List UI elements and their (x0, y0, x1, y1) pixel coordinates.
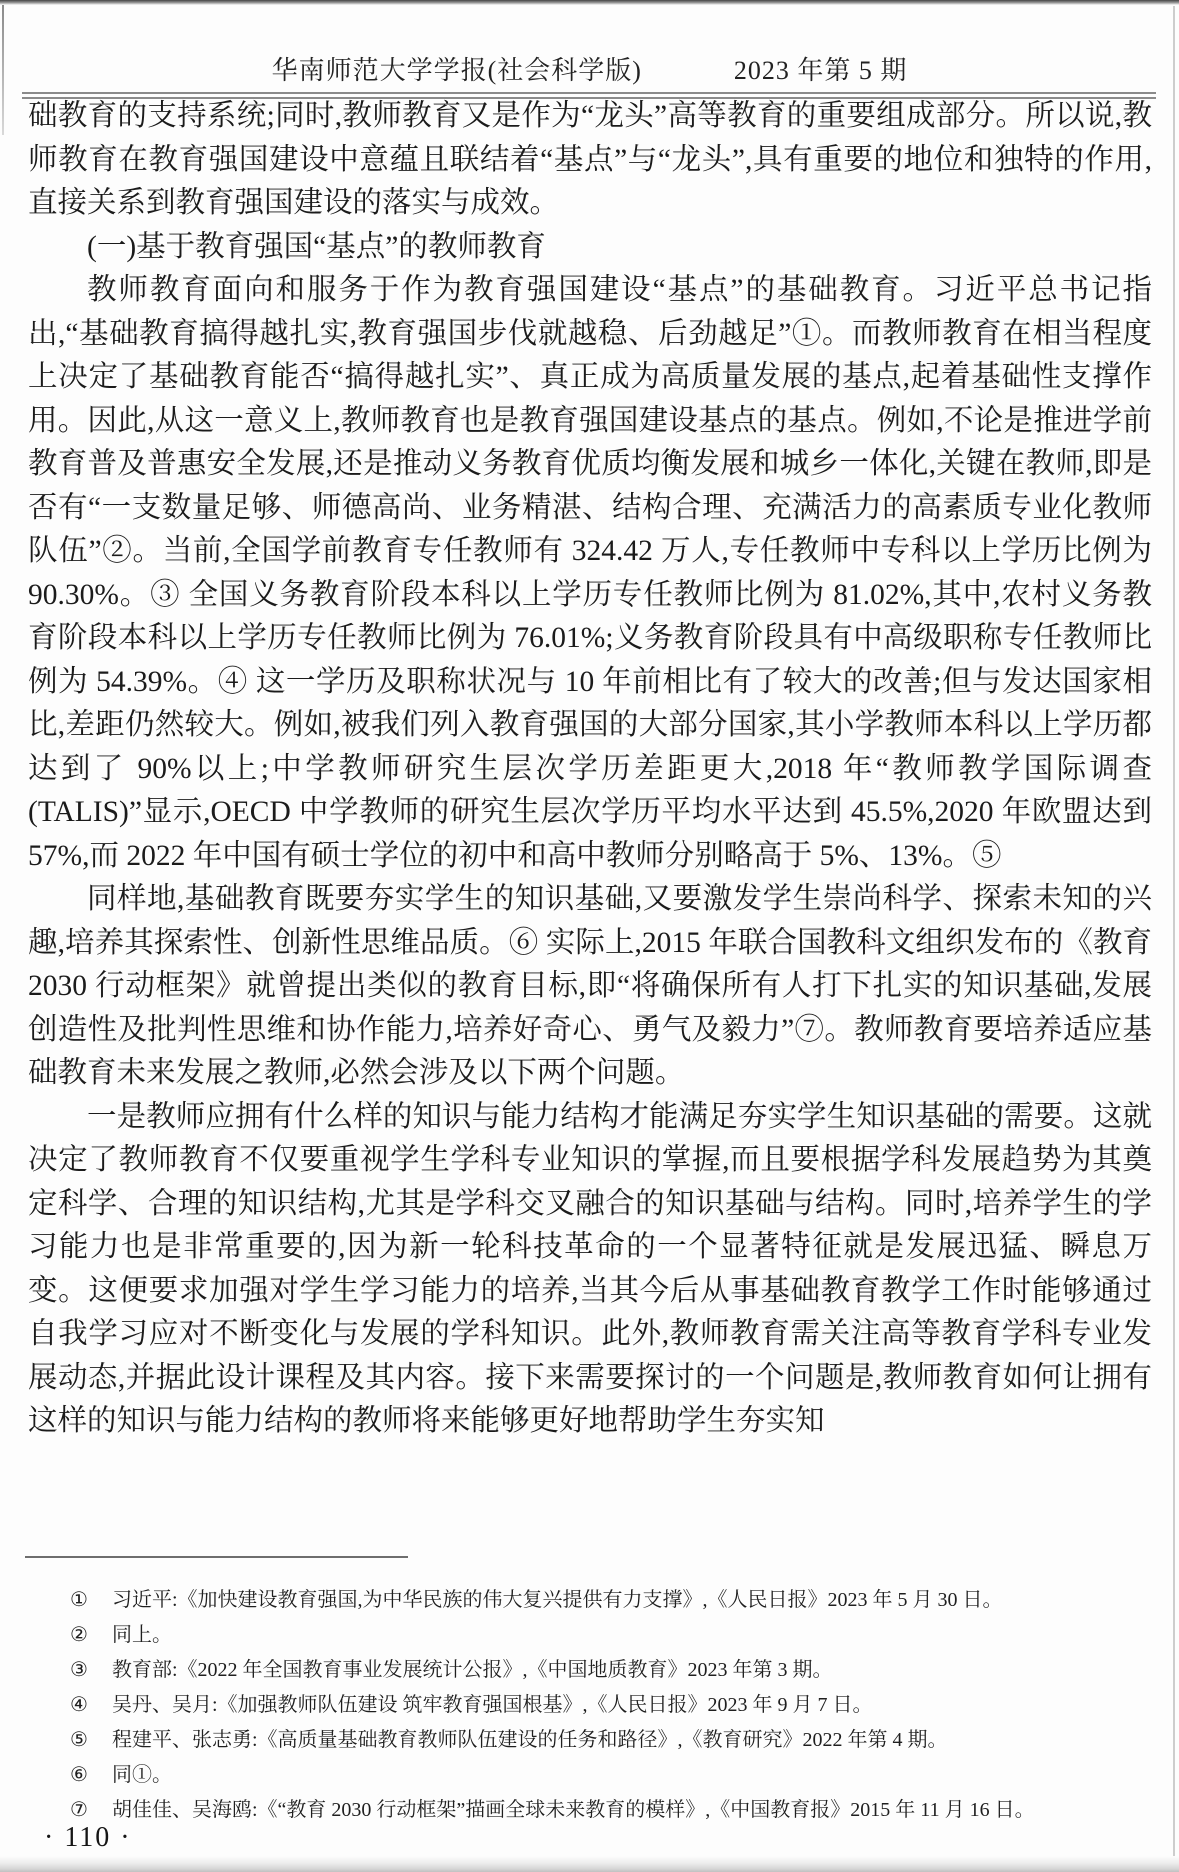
footnote-text: 教育部:《2022 年全国教育事业发展统计公报》,《中国地质教育》2023 年第… (112, 1653, 833, 1688)
footnote-marker: ⑥ (70, 1758, 112, 1793)
scan-top-edge (0, 0, 1179, 5)
issue-label: 2023 年第 5 期 (734, 50, 908, 87)
footnote-item: ④吴丹、吴月:《加强教师队伍建设 筑牢教育强国根基》,《人民日报》2023 年 … (28, 1688, 1168, 1723)
footnote-item: ③教育部:《2022 年全国教育事业发展统计公报》,《中国地质教育》2023 年… (28, 1653, 1168, 1688)
body-text: 础教育的支持系统;同时,教师教育又是作为“龙头”高等教育的重要组成部分。所以说,… (28, 95, 1152, 1444)
footnote-separator (25, 1556, 408, 1558)
footnote-text: 程建平、张志勇:《高质量基础教育教师队伍建设的任务和路径》,《教育研究》2022… (112, 1723, 948, 1758)
footnote-text: 同上。 (112, 1618, 172, 1653)
footnote-text: 胡佳佳、吴海鸥:《“教育 2030 行动框架”描画全球未来教育的模样》,《中国教… (112, 1793, 1035, 1828)
footnote-item: ⑦胡佳佳、吴海鸥:《“教育 2030 行动框架”描画全球未来教育的模样》,《中国… (28, 1793, 1168, 1828)
journal-page: 华南师范大学学报(社会科学版) 2023 年第 5 期 础教育的支持系统;同时,… (0, 0, 1179, 1872)
body-paragraph: 础教育的支持系统;同时,教师教育又是作为“龙头”高等教育的重要组成部分。所以说,… (28, 95, 1152, 226)
page-number: · 110 · (44, 1822, 132, 1854)
footnote-item: ①习近平:《加快建设教育强国,为中华民族的伟大复兴提供有力支撑》,《人民日报》2… (28, 1583, 1168, 1618)
scan-right-edge (1173, 6, 1175, 1856)
footnote-text: 习近平:《加快建设教育强国,为中华民族的伟大复兴提供有力支撑》,《人民日报》20… (112, 1583, 1003, 1618)
body-paragraph: 教师教育面向和服务于作为教育强国建设“基点”的基础教育。习近平总书记指出,“基础… (28, 269, 1152, 878)
body-paragraph: 一是教师应拥有什么样的知识与能力结构才能满足夯实学生知识基础的需要。这就决定了教… (28, 1096, 1152, 1444)
footnote-marker: ① (70, 1583, 112, 1618)
body-paragraph: 同样地,基础教育既要夯实学生的知识基础,又要激发学生崇尚科学、探索未知的兴趣,培… (28, 878, 1152, 1096)
journal-title: 华南师范大学学报(社会科学版) (272, 50, 642, 87)
footnote-marker: ⑤ (70, 1723, 112, 1758)
footnotes: ①习近平:《加快建设教育强国,为中华民族的伟大复兴提供有力支撑》,《人民日报》2… (28, 1583, 1168, 1828)
section-heading: (一)基于教育强国“基点”的教师教育 (28, 226, 1152, 270)
footnote-item: ⑤程建平、张志勇:《高质量基础教育教师队伍建设的任务和路径》,《教育研究》202… (28, 1723, 1168, 1758)
footnote-marker: ④ (70, 1688, 112, 1723)
scan-bottom-edge (0, 1856, 1179, 1872)
footnote-item: ②同上。 (28, 1618, 1168, 1653)
footnote-text: 同①。 (112, 1758, 172, 1793)
footnote-text: 吴丹、吴月:《加强教师队伍建设 筑牢教育强国根基》,《人民日报》2023 年 9… (112, 1688, 873, 1723)
footnote-item: ⑥同①。 (28, 1758, 1168, 1793)
footnote-marker: ③ (70, 1653, 112, 1688)
page-header: 华南师范大学学报(社会科学版) 2023 年第 5 期 (0, 50, 1179, 87)
footnote-marker: ② (70, 1618, 112, 1653)
